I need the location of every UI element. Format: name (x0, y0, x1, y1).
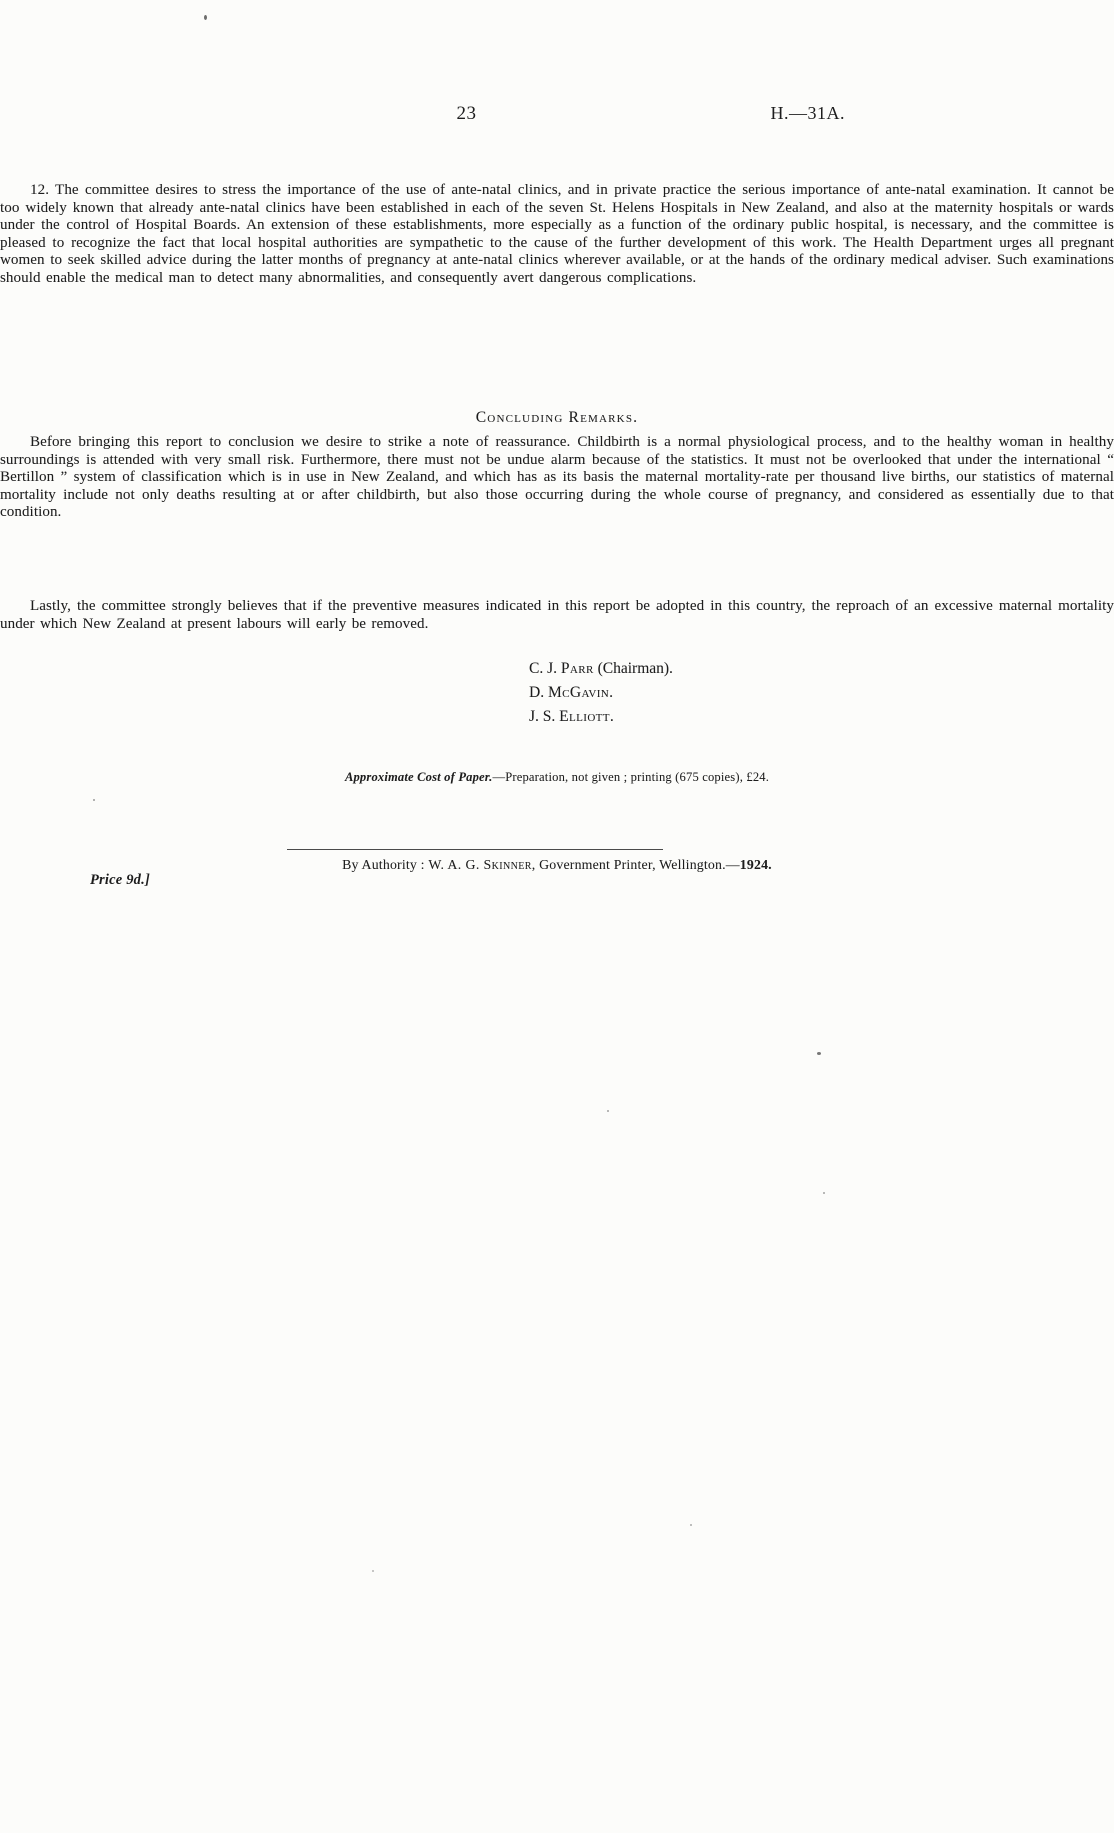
footer-divider-rule (287, 849, 663, 850)
scan-speck (690, 1524, 692, 1526)
paragraph-12: 12. The committee desires to stress the … (0, 182, 1114, 288)
paragraph-lastly: Lastly, the committee strongly believes … (0, 598, 1114, 633)
signature-surname: McGavin (548, 684, 609, 701)
imprint-printer-name: W. A. G. Skinner (428, 857, 531, 872)
paragraph-before-bringing: Before bringing this report to conclusio… (0, 434, 1114, 522)
signature-initials: J. S. (529, 708, 559, 725)
signature-suffix: . (610, 708, 614, 725)
document-page: 23 H.—31A. 12. The committee desires to … (0, 0, 1114, 1833)
cost-note-lead: Approximate Cost of Paper. (345, 770, 493, 784)
page-header: 23 H.—31A. (88, 103, 845, 129)
imprint-authority-prefix: By Authority : (342, 857, 428, 872)
imprint-line: By Authority : W. A. G. Skinner, Governm… (0, 857, 1114, 873)
cost-note-rest: —Preparation, not given ; printing (675 … (493, 770, 770, 784)
signature-initials: D. (529, 684, 548, 701)
section-heading-concluding-remarks: Concluding Remarks. (0, 409, 1114, 427)
signature-list: C. J. Parr (Chairman). D. McGavin. J. S.… (529, 657, 1114, 729)
page-number: 23 (88, 103, 845, 125)
scan-speck (204, 15, 207, 20)
imprint-authority-rest: , Government Printer, Wellington.— (532, 857, 740, 872)
scan-speck (607, 1110, 609, 1112)
signature-member: D. McGavin. (529, 681, 1114, 705)
cost-of-paper-note: Approximate Cost of Paper.—Preparation, … (0, 770, 1114, 785)
signature-initials: C. J. (529, 660, 561, 677)
scan-speck (823, 1192, 825, 1194)
signature-suffix: . (609, 684, 613, 701)
signature-surname: Parr (561, 660, 594, 677)
signature-surname: Elliott (559, 708, 610, 725)
signature-title: (Chairman). (594, 660, 673, 677)
scan-speck (372, 1570, 374, 1572)
signature-chairman: C. J. Parr (Chairman). (529, 657, 1114, 681)
document-reference: H.—31A. (771, 103, 846, 124)
signature-member: J. S. Elliott. (529, 705, 1114, 729)
imprint-year: 1924. (740, 857, 772, 872)
scan-speck (817, 1052, 821, 1055)
price-note: Price 9d.] (90, 872, 150, 889)
scan-speck (93, 799, 95, 801)
